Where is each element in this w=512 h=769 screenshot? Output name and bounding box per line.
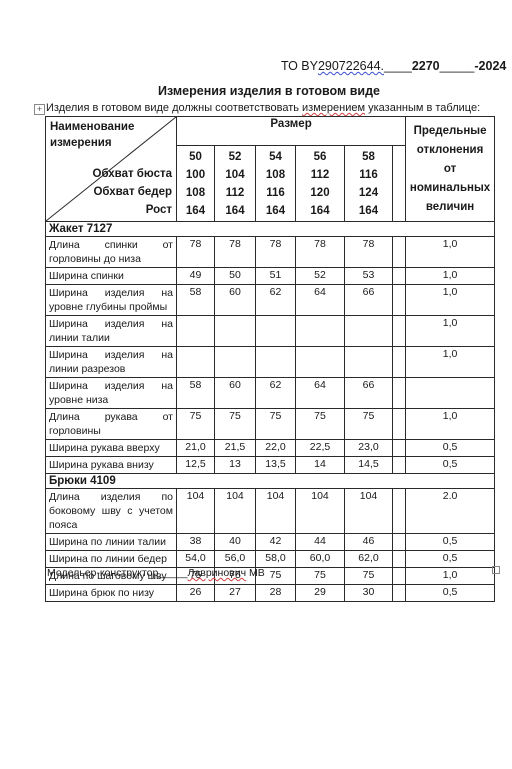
measurement-value: 60	[215, 285, 256, 316]
table-row: Ширина брюк по низу26272829300,5	[46, 585, 495, 602]
measurement-value: 56,0	[215, 551, 256, 568]
measurement-value: 44	[296, 534, 345, 551]
size-bust: 112	[299, 166, 341, 184]
size-hips: 112	[218, 184, 252, 202]
measurement-value: 75	[296, 409, 345, 440]
ref-gap: ____	[384, 59, 412, 73]
measurement-value	[296, 347, 345, 378]
measurement-name: Ширина рукава вверху	[46, 440, 177, 457]
signature-name: Лавринович	[188, 567, 247, 579]
tolerance-value	[406, 378, 495, 409]
signature-line: Модельер-конструктор_____Лавринович МВ	[47, 567, 265, 579]
measurement-value: 62	[256, 378, 296, 409]
size-size: 50	[180, 148, 211, 166]
table-resize-handle[interactable]	[492, 566, 500, 574]
measurement-value: 54,0	[177, 551, 215, 568]
measurement-value: 14,5	[345, 457, 393, 474]
size-column-header: 58116124164	[345, 146, 393, 222]
measurement-value: 60	[215, 378, 256, 409]
size-hips: 120	[299, 184, 341, 202]
size-column-header: 50100108164	[177, 146, 215, 222]
size-bust: 100	[180, 166, 211, 184]
measurement-value: 104	[215, 489, 256, 534]
measurement-name: Длина спинки от горловины до низа	[46, 237, 177, 268]
measurement-value: 66	[345, 378, 393, 409]
spacer-cell	[393, 489, 406, 534]
size-column-header: 54108116164	[256, 146, 296, 222]
spacer-cell	[393, 409, 406, 440]
measurement-value: 22,5	[296, 440, 345, 457]
measurement-value: 26	[177, 585, 215, 602]
intro-text: Изделия в готовом виде должны соответств…	[34, 102, 480, 114]
measurement-value: 75	[296, 568, 345, 585]
measurement-value: 13,5	[256, 457, 296, 474]
spacer-cell	[393, 568, 406, 585]
spacer-cell	[393, 237, 406, 268]
size-hips: 116	[259, 184, 292, 202]
measurement-value	[215, 316, 256, 347]
tolerance-value: 2.0	[406, 489, 495, 534]
tolerance-value: 1,0	[406, 568, 495, 585]
table-row: Длина рукава от горловины75757575751,0	[46, 409, 495, 440]
spacer-cell	[393, 347, 406, 378]
spacer-cell	[393, 268, 406, 285]
label-height: Рост	[93, 201, 173, 219]
size-column-header: 52104112164	[215, 146, 256, 222]
measurement-value: 104	[345, 489, 393, 534]
size-size: 56	[299, 148, 341, 166]
table-row: Ширина рукава внизу12,51313,51414,50,5	[46, 457, 495, 474]
spacer-cell	[393, 440, 406, 457]
measurement-value	[345, 347, 393, 378]
size-hips: 124	[348, 184, 389, 202]
measurement-value	[177, 347, 215, 378]
measurement-value: 58,0	[256, 551, 296, 568]
tolerance-value: 1,0	[406, 409, 495, 440]
table-row: Ширина изделия на линии разрезов1,0	[46, 347, 495, 378]
measurement-value: 52	[296, 268, 345, 285]
ref-year: -2024	[474, 59, 506, 73]
spacer-cell	[393, 378, 406, 409]
measurement-value: 62,0	[345, 551, 393, 568]
measurement-value: 75	[177, 409, 215, 440]
table-row: Ширина изделия на уровне низа5860626466	[46, 378, 495, 409]
size-bust: 104	[218, 166, 252, 184]
size-bust: 108	[259, 166, 292, 184]
ref-number: 290722644.	[318, 59, 384, 73]
measurement-value: 78	[345, 237, 393, 268]
measurement-value: 29	[296, 585, 345, 602]
section-title: Брюки 4109	[46, 474, 495, 489]
measurement-value: 75	[215, 409, 256, 440]
measurement-name: Ширина изделия на линии талии	[46, 316, 177, 347]
table-row: Ширина по линии талии38404244460,5	[46, 534, 495, 551]
measurement-value: 49	[177, 268, 215, 285]
document-title: Измерения изделия в готовом виде	[0, 84, 512, 98]
size-height: 164	[218, 202, 252, 220]
measurement-value	[296, 316, 345, 347]
label-hips: Обхват бедер	[93, 183, 173, 201]
spacer-cell	[393, 534, 406, 551]
size-height: 164	[259, 202, 292, 220]
measurement-name: Длина изделия по боковому шву с учетом п…	[46, 489, 177, 534]
ref-prefix: ТО BY	[281, 59, 318, 73]
measurement-value: 60,0	[296, 551, 345, 568]
measurement-value: 104	[256, 489, 296, 534]
measurement-value: 28	[256, 585, 296, 602]
measurement-value	[177, 316, 215, 347]
tolerance-value: 1,0	[406, 237, 495, 268]
measurement-value: 40	[215, 534, 256, 551]
measurement-name: Ширина изделия на уровне низа	[46, 378, 177, 409]
measurement-value: 62	[256, 285, 296, 316]
size-height: 164	[180, 202, 211, 220]
spacer-cell	[393, 146, 406, 222]
col-name-header: Наименование измерения	[50, 119, 160, 151]
spacer-cell	[393, 316, 406, 347]
spacer-cell	[393, 585, 406, 602]
measurement-value: 27	[215, 585, 256, 602]
size-column-header: 56112120164	[296, 146, 345, 222]
measurement-value: 64	[296, 285, 345, 316]
intro-after: указанным в таблице:	[365, 102, 480, 114]
measurement-name: Ширина по линии талии	[46, 534, 177, 551]
measurement-value: 78	[296, 237, 345, 268]
diagonal-header-cell: Наименование измерения Обхват бюста Обхв…	[46, 117, 177, 222]
size-size: 58	[348, 148, 389, 166]
measurement-value: 104	[177, 489, 215, 534]
measurement-value	[345, 316, 393, 347]
size-height: 164	[299, 202, 341, 220]
table-row: Ширина спинки49505152531,0	[46, 268, 495, 285]
measurement-value: 51	[256, 268, 296, 285]
spacer-cell	[393, 457, 406, 474]
table-row: Ширина изделия на уровне глубины проймы5…	[46, 285, 495, 316]
measurement-value: 23,0	[345, 440, 393, 457]
table-row: Длина изделия по боковому шву с учетом п…	[46, 489, 495, 534]
measurements-table: Наименование измерения Обхват бюста Обхв…	[45, 116, 495, 602]
measurement-value	[215, 347, 256, 378]
intro-underlined: измерением	[302, 102, 365, 114]
measurement-value: 75	[345, 409, 393, 440]
measurement-value: 38	[177, 534, 215, 551]
measurement-value: 75	[345, 568, 393, 585]
tolerance-header: Предельные отклонения от номинальных вел…	[406, 117, 495, 222]
measurement-value: 30	[345, 585, 393, 602]
measurement-value	[256, 316, 296, 347]
document-reference: ТО BY290722644.____2270_____-2024	[281, 59, 506, 73]
measurement-name: Ширина изделия на линии разрезов	[46, 347, 177, 378]
measurement-value: 50	[215, 268, 256, 285]
measurement-name: Ширина по линии бедер	[46, 551, 177, 568]
measurement-value: 22,0	[256, 440, 296, 457]
measurement-name: Ширина спинки	[46, 268, 177, 285]
row-param-labels: Обхват бюста Обхват бедер Рост	[93, 165, 173, 219]
measurement-value: 66	[345, 285, 393, 316]
tolerance-value: 0,5	[406, 534, 495, 551]
tolerance-value: 0,5	[406, 551, 495, 568]
size-height: 164	[348, 202, 389, 220]
ref-gap: _____	[440, 59, 475, 73]
size-header: Размер	[177, 117, 406, 146]
section-title: Жакет 7127	[46, 222, 495, 237]
tolerance-value: 1,0	[406, 285, 495, 316]
measurement-value: 12,5	[177, 457, 215, 474]
size-size: 52	[218, 148, 252, 166]
measurement-value: 64	[296, 378, 345, 409]
measurement-value: 21,0	[177, 440, 215, 457]
measurement-value: 42	[256, 534, 296, 551]
measurement-value: 46	[345, 534, 393, 551]
measurement-value: 75	[256, 409, 296, 440]
measurement-value: 21,5	[215, 440, 256, 457]
table-row: Длина спинки от горловины до низа7878787…	[46, 237, 495, 268]
tolerance-value: 1,0	[406, 268, 495, 285]
measurement-value: 53	[345, 268, 393, 285]
measurement-value: 58	[177, 285, 215, 316]
section-row: Брюки 4109	[46, 474, 495, 489]
label-bust: Обхват бюста	[93, 165, 173, 183]
tolerance-value: 1,0	[406, 347, 495, 378]
tolerance-value: 0,5	[406, 440, 495, 457]
section-row: Жакет 7127	[46, 222, 495, 237]
tolerance-value: 0,5	[406, 585, 495, 602]
spacer-cell	[393, 285, 406, 316]
tolerance-value: 0,5	[406, 457, 495, 474]
spacer-cell	[393, 551, 406, 568]
signature-role: Модельер-конструктор	[47, 567, 158, 579]
size-bust: 116	[348, 166, 389, 184]
measurement-value: 78	[256, 237, 296, 268]
measurement-value: 104	[296, 489, 345, 534]
measurement-value: 13	[215, 457, 256, 474]
size-size: 54	[259, 148, 292, 166]
measurement-value: 14	[296, 457, 345, 474]
ref-code: 2270	[412, 59, 440, 73]
measurement-value	[256, 347, 296, 378]
intro-before: Изделия в готовом виде должны соответств…	[34, 102, 302, 114]
signature-gap: _____	[158, 567, 187, 579]
measurement-name: Ширина изделия на уровне глубины проймы	[46, 285, 177, 316]
table-row: Ширина изделия на линии талии1,0	[46, 316, 495, 347]
measurement-name: Ширина рукава внизу	[46, 457, 177, 474]
measurement-value: 78	[215, 237, 256, 268]
measurement-value: 58	[177, 378, 215, 409]
measurement-name: Длина рукава от горловины	[46, 409, 177, 440]
tolerance-value: 1,0	[406, 316, 495, 347]
signature-initials: МВ	[246, 567, 265, 579]
measurement-name: Ширина брюк по низу	[46, 585, 177, 602]
table-row: Ширина по линии бедер54,056,058,060,062,…	[46, 551, 495, 568]
measurement-value: 78	[177, 237, 215, 268]
table-row: Ширина рукава вверху21,021,522,022,523,0…	[46, 440, 495, 457]
size-hips: 108	[180, 184, 211, 202]
